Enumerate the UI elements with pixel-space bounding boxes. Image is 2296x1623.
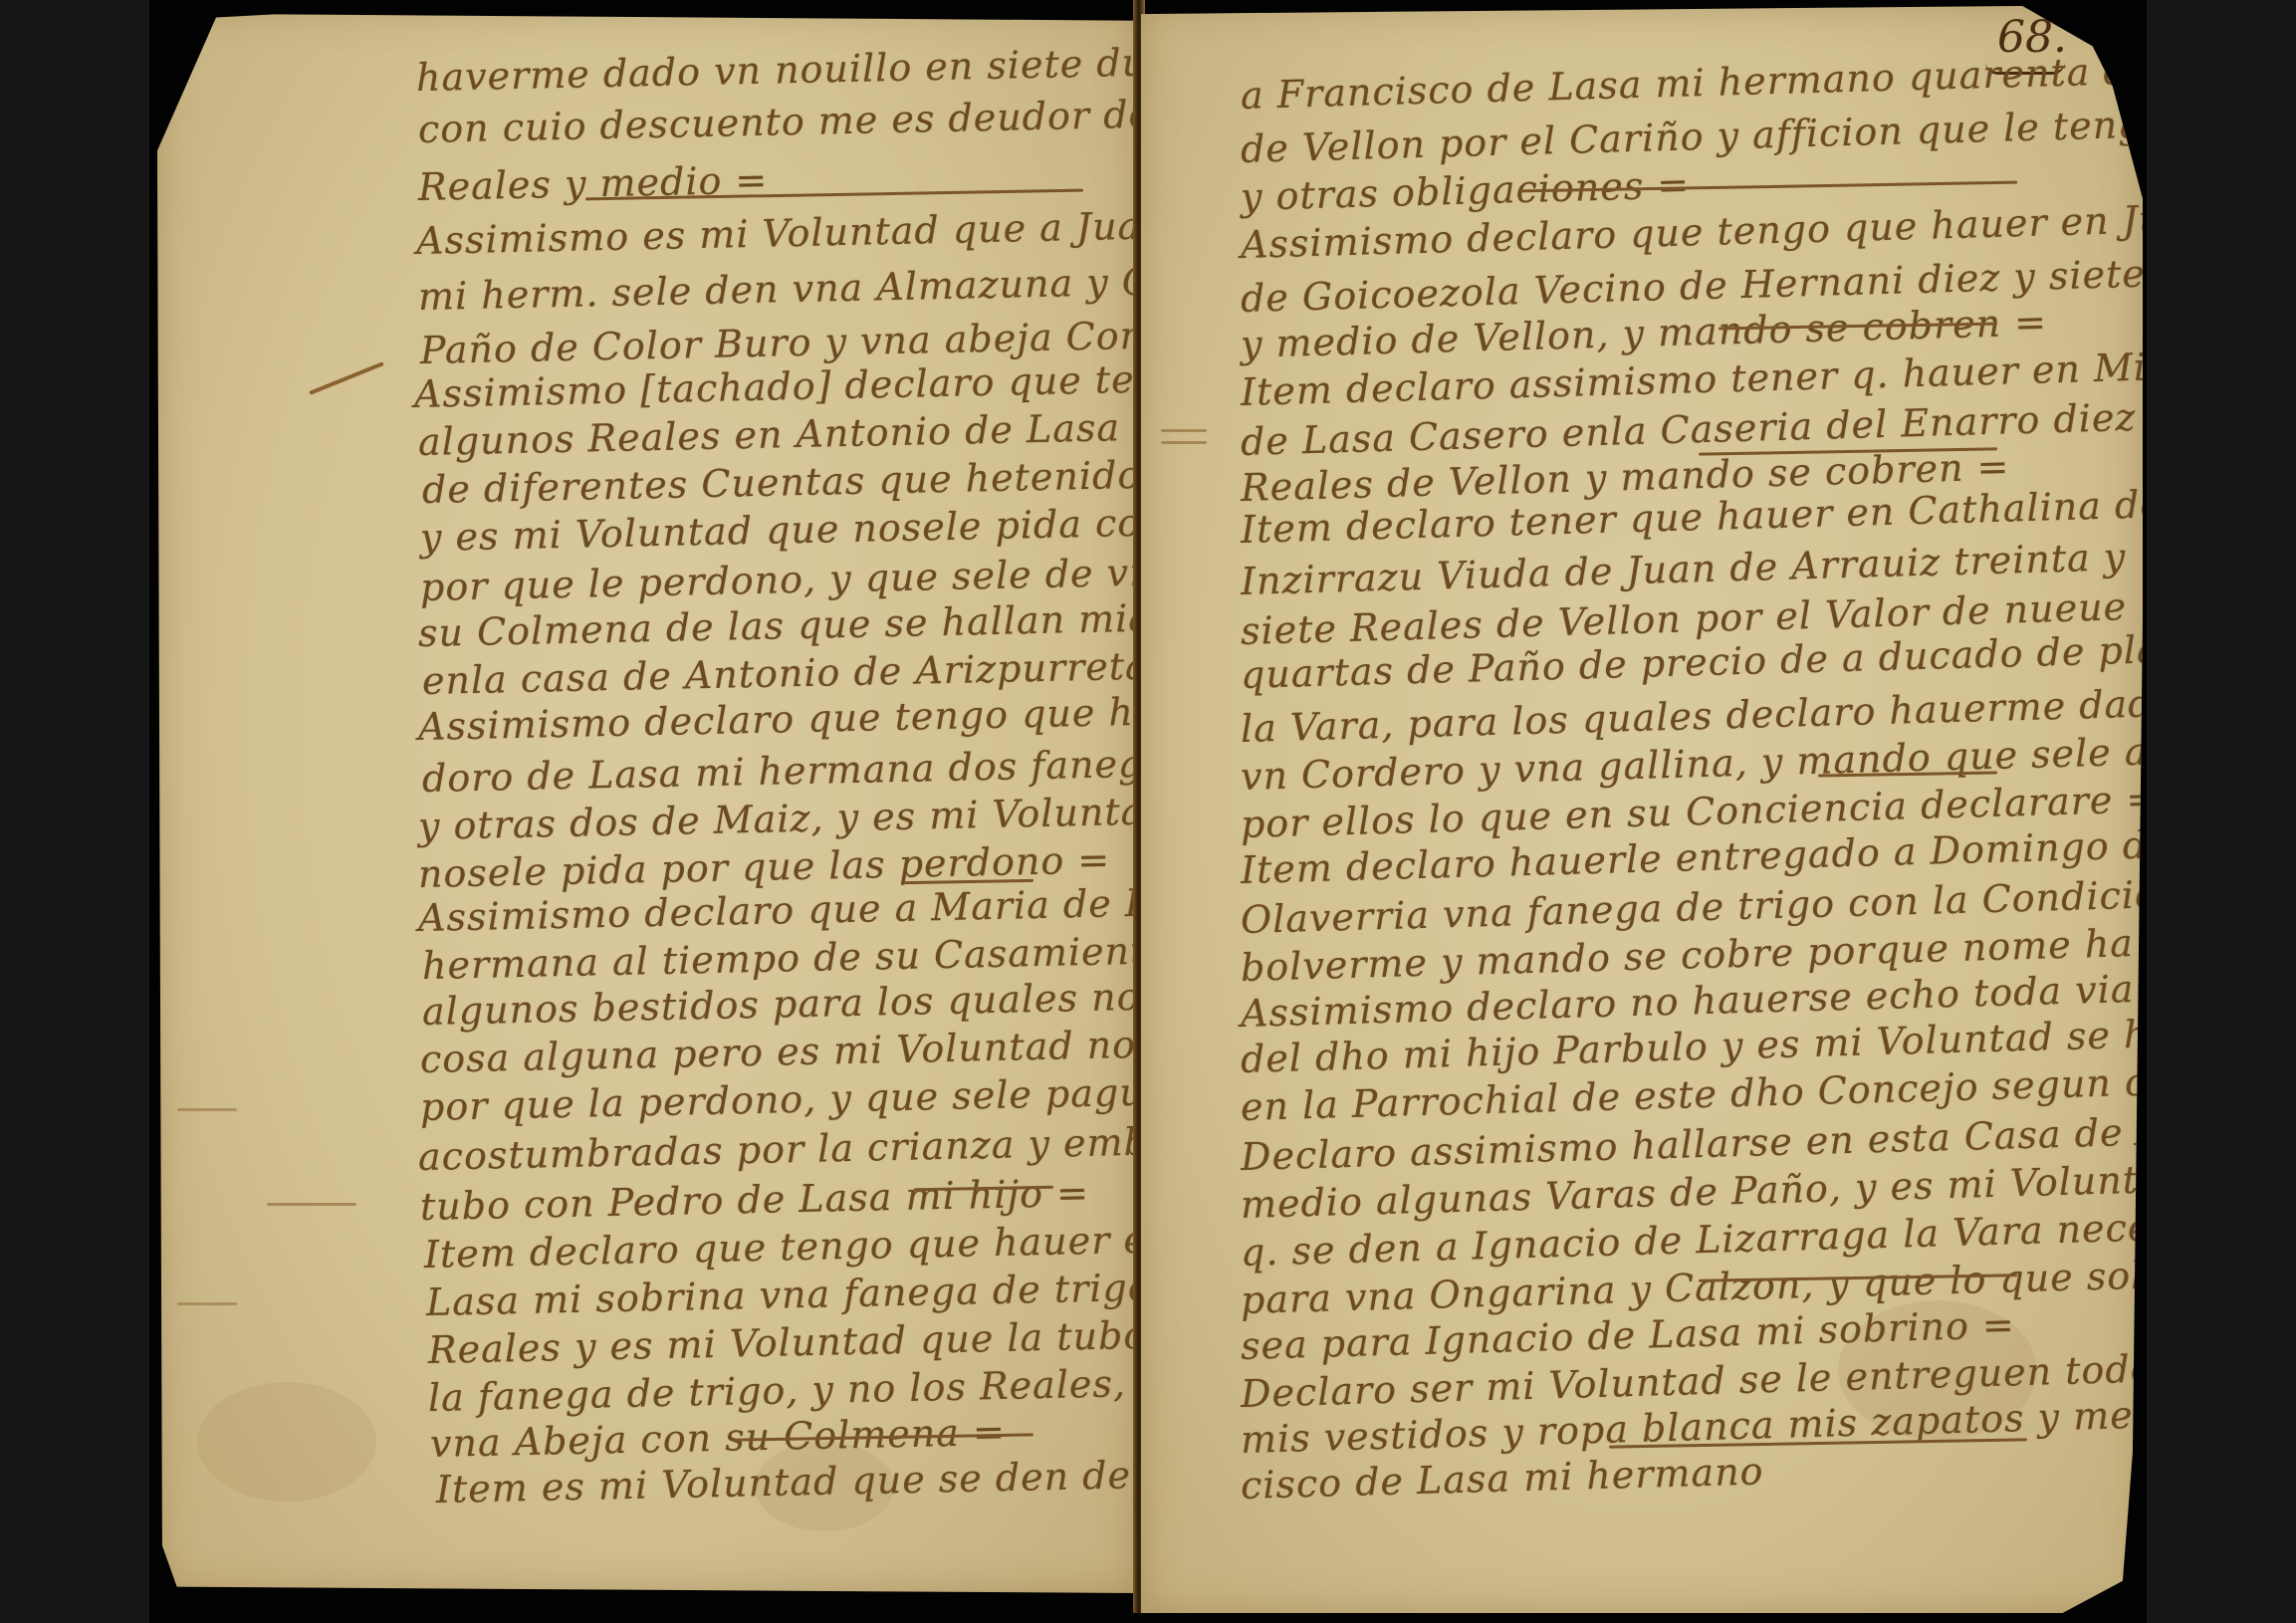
text-line: Reales y medio = — [418, 158, 769, 209]
left-page-text: haverme dado vn nouillo en siete ducados… — [157, 8, 1137, 1593]
text-line: y otras obligaciones = — [1240, 162, 1690, 219]
right-page: 68. a Francisco de Lasa mi hermano quare… — [1141, 6, 2143, 1613]
image-viewer: haverme dado vn nouillo en siete ducados… — [149, 0, 2147, 1623]
left-page: haverme dado vn nouillo en siete ducados… — [157, 8, 1137, 1593]
right-page-text: a Francisco de Lasa mi hermano quarenta … — [1141, 6, 2143, 1613]
